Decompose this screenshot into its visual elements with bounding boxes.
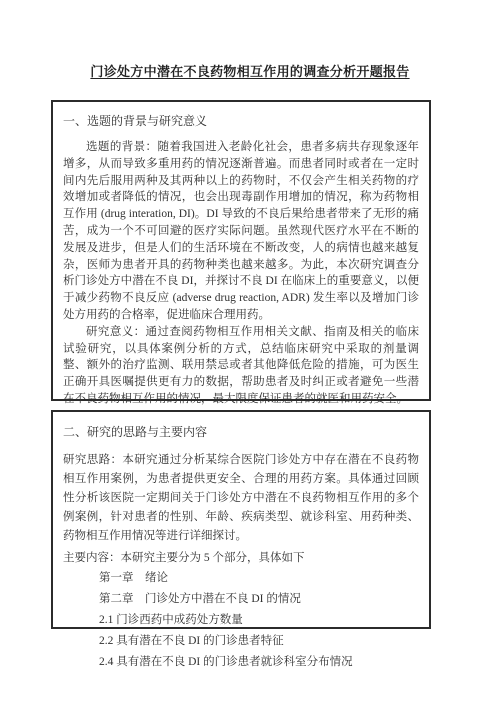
outline-item-2-2: 2.2 具有潜在不良 DI 的门诊患者特征 xyxy=(63,632,419,651)
paragraph-research-approach: 研究思路：本研究通过分析某综合医院门诊处方中存在潜在不良药物相互作用案例，为患者… xyxy=(63,451,419,546)
outline-item-2-1: 2.1 门诊西药中成药处方数量 xyxy=(63,611,419,630)
outline-item-chapter1: 第一章 绪论 xyxy=(63,569,419,588)
document-title: 门诊处方中潜在不良药物相互作用的调查分析开题报告 xyxy=(0,61,500,80)
paragraph-topic-background: 选题的背景：随着我国进入老龄化社会，患者多病共存现象逐年增多，从而导致多重用药的… xyxy=(63,139,419,324)
document-page: 门诊处方中潜在不良药物相互作用的调查分析开题报告 一、选题的背景与研究意义 选题… xyxy=(0,0,500,707)
section-background-and-significance: 一、选题的背景与研究意义 选题的背景：随着我国进入老龄化社会，患者多病共存现象逐… xyxy=(51,100,431,401)
section2-heading: 二、研究的思路与主要内容 xyxy=(63,424,419,441)
outline-item-chapter2: 第二章 门诊处方中潜在不良 DI 的情况 xyxy=(63,590,419,609)
outline-item-2-4: 2.4 具有潜在不良 DI 的门诊患者就诊科室分布情况 xyxy=(63,653,419,672)
paragraph-main-content-intro: 主要内容：本研究主要分为 5 个部分，具体如下 xyxy=(63,549,419,568)
chapter-outline: 第一章 绪论 第二章 门诊处方中潜在不良 DI 的情况 2.1 门诊西药中成药处… xyxy=(63,569,419,672)
section1-heading: 一、选题的背景与研究意义 xyxy=(63,113,419,130)
paragraph-research-significance: 研究意义：通过查阅药物相互作用相关文献、指南及相关的临床试验研究，以具体案例分析… xyxy=(63,324,419,408)
section-research-approach-and-content: 二、研究的思路与主要内容 研究思路：本研究通过分析某综合医院门诊处方中存在潜在不… xyxy=(51,410,431,629)
